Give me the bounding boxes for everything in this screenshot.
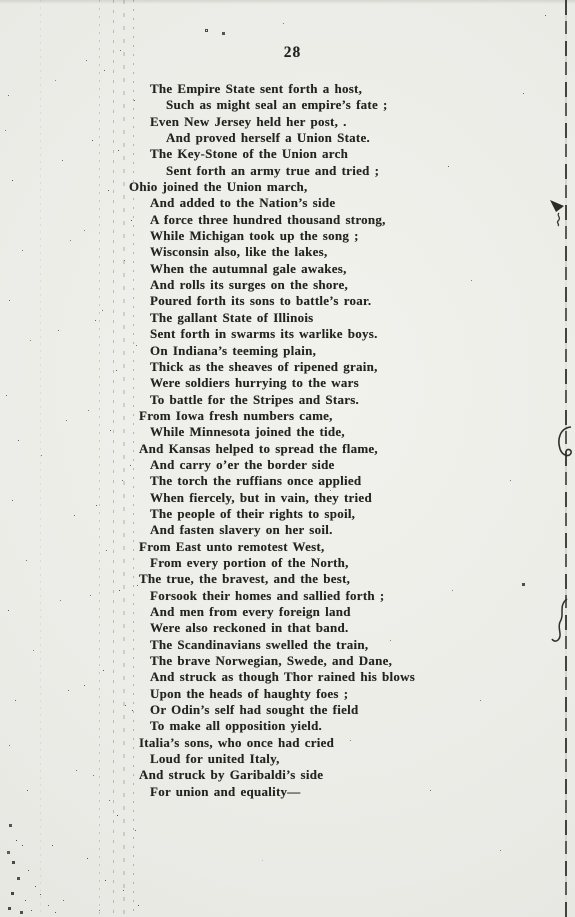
poem-line: And added to the Nation’s side: [0, 195, 575, 211]
poem-line: A force three hundred thousand strong,: [0, 212, 575, 228]
poem-line: The Scandinavians swelled the train,: [0, 637, 575, 653]
page-speckles: [0, 0, 1, 1]
poem-line: The brave Norwegian, Swede, and Dane,: [0, 653, 575, 669]
poem-line: Were soldiers hurrying to the wars: [0, 375, 575, 391]
poem-line: The people of their rights to spoil,: [0, 506, 575, 522]
poem-line: Loud for united Italy,: [0, 751, 575, 767]
poem-line: And men from every foreign land: [0, 604, 575, 620]
poem-line: Sent forth an army true and tried ;: [0, 163, 575, 179]
scanned-book-page: 28 The Empire State sent forth a host,Su…: [0, 0, 575, 917]
poem-line: While Minnesota joined the tide,: [0, 424, 575, 440]
poem-line: While Michigan took up the song ;: [0, 228, 575, 244]
poem-line: On Indiana’s teeming plain,: [0, 343, 575, 359]
poem-line: Forsook their homes and sallied forth ;: [0, 588, 575, 604]
poem-line: Sent forth in swarms its warlike boys.: [0, 326, 575, 342]
poem-line: The Key-Stone of the Union arch: [0, 146, 575, 162]
poem-line: From every portion of the North,: [0, 555, 575, 571]
poem-line: And rolls its surges on the shore,: [0, 277, 575, 293]
poem-line: Upon the heads of haughty foes ;: [0, 686, 575, 702]
poem-line: And fasten slavery on her soil.: [0, 522, 575, 538]
poem-line: To make all opposition yield.: [0, 718, 575, 734]
poem-line: And struck as though Thor rained his blo…: [0, 669, 575, 685]
poem-line: Even New Jersey held her post, .: [0, 114, 575, 130]
poem-line: From Iowa fresh numbers came,: [0, 408, 575, 424]
poem-line: The Empire State sent forth a host,: [0, 81, 575, 97]
poem-line: To battle for the Stripes and Stars.: [0, 392, 575, 408]
poem-line: For union and equality—: [0, 784, 575, 800]
poem-line: Such as might seal an empire’s fate ;: [0, 97, 575, 113]
poem-line: When fiercely, but in vain, they tried: [0, 490, 575, 506]
poem-line: Were also reckoned in that band.: [0, 620, 575, 636]
poem-line: Wisconsin also, like the lakes,: [0, 244, 575, 260]
poem-line: And carry o’er the border side: [0, 457, 575, 473]
poem-text: The Empire State sent forth a host,Such …: [0, 81, 575, 800]
poem-line: The gallant State of Illinois: [0, 310, 575, 326]
poem-line: Thick as the sheaves of ripened grain,: [0, 359, 575, 375]
poem-line: The true, the bravest, and the best,: [0, 571, 575, 587]
poem-line: From East unto remotest West,: [0, 539, 575, 555]
poem-line: The torch the ruffians once applied: [0, 473, 575, 489]
stray-ink-dots: [206, 30, 207, 31]
poem-line: Or Odin’s self had sought the field: [0, 702, 575, 718]
poem-line: And struck by Garibaldi’s side: [0, 767, 575, 783]
poem-line: And proved herself a Union State.: [0, 130, 575, 146]
poem-line: Italia’s sons, who once had cried: [0, 735, 575, 751]
poem-line: And Kansas helped to spread the flame,: [0, 441, 575, 457]
page-number: 28: [10, 44, 575, 62]
poem-line: When the autumnal gale awakes,: [0, 261, 575, 277]
poem-line: Poured forth its sons to battle’s roar.: [0, 293, 575, 309]
poem-line: Ohio joined the Union march,: [0, 179, 575, 195]
